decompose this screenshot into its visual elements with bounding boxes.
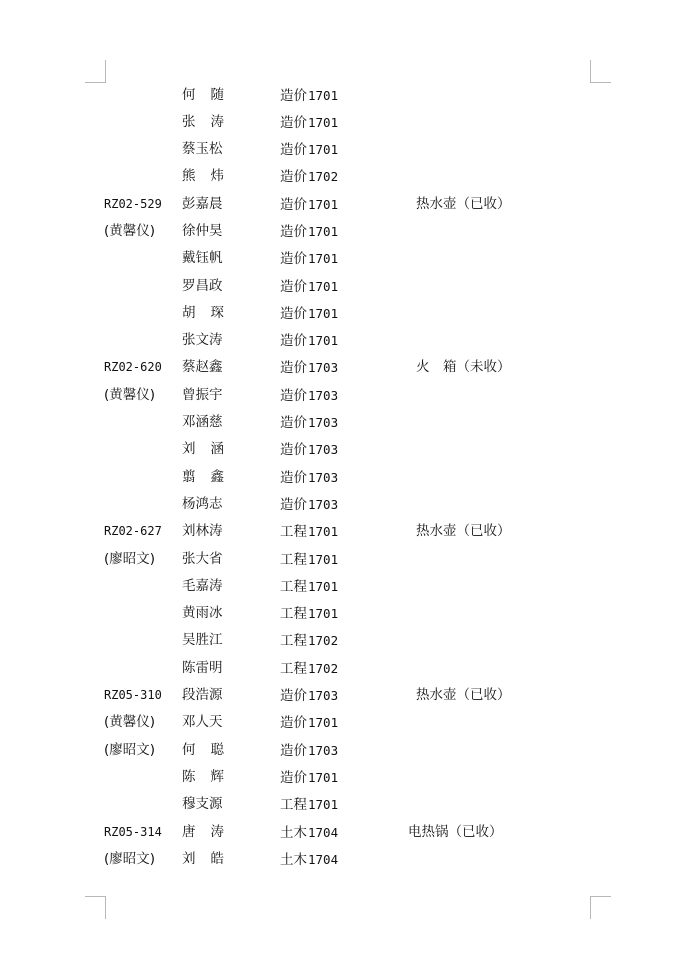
student-name-char: 张 [182,109,196,136]
class-label: 造价1701 [280,191,338,219]
list-row: (黄馨仪)徐仲昊造价1701 [0,218,696,245]
major-label: 造价 [280,470,307,486]
room-number: RZ02-529 [104,191,162,218]
major-label: 工程 [280,661,307,677]
student-name-char: 皓 [211,846,225,873]
supervisor-name: (廖昭文) [104,546,155,573]
major-label: 工程 [280,579,307,595]
major-label: 造价 [280,360,307,376]
major-label: 造价 [280,388,307,404]
student-name-char: 琛 [211,300,225,327]
margin-corner-top-right [590,60,611,83]
supervisor-name: (黄馨仪) [104,218,155,245]
major-label: 造价 [280,442,307,458]
class-label: 工程1701 [280,600,338,628]
class-label: 造价1703 [280,354,338,382]
list-row: 张涛造价1701 [0,109,696,136]
student-name: 张文涛 [182,327,224,354]
student-name: 段浩源 [182,682,224,709]
list-row: 穆支源工程1701 [0,791,696,818]
student-name-char: 鑫 [211,464,225,491]
class-label: 造价1703 [280,491,338,519]
major-label: 工程 [280,633,307,649]
student-name: 邓涵慈 [182,409,224,436]
major-label: 工程 [280,524,307,540]
list-row: 杨鸿志造价1703 [0,491,696,518]
class-label: 造价1701 [280,245,338,273]
appliance-status: 电热锅（已收） [408,819,503,846]
class-number: 1703 [308,688,338,703]
student-name-char: 胡 [182,300,196,327]
class-number: 1701 [308,142,338,157]
major-label: 造价 [280,497,307,513]
supervisor-name: (廖昭文) [104,846,155,873]
class-number: 1701 [308,715,338,730]
major-label: 造价 [280,415,307,431]
student-name: 翦鑫 [182,464,224,491]
major-label: 造价 [280,279,307,295]
class-label: 工程1701 [280,546,338,574]
list-row: RZ05-314唐涛土木1704电热锅（已收） [0,819,696,846]
list-row: 何随造价1701 [0,82,696,109]
major-label: 造价 [280,169,307,185]
student-name: 陈辉 [182,764,224,791]
class-label: 造价1703 [280,409,338,437]
class-label: 造价1702 [280,163,338,191]
class-number: 1703 [308,388,338,403]
class-label: 造价1701 [280,109,338,137]
class-number: 1701 [308,333,338,348]
supervisor-name: (廖昭文) [104,737,155,764]
class-label: 造价1703 [280,382,338,410]
student-name: 吴胜江 [182,627,224,654]
class-label: 工程1701 [280,573,338,601]
list-row: 翦鑫造价1703 [0,464,696,491]
major-label: 工程 [280,606,307,622]
student-name-char: 聪 [211,737,225,764]
class-label: 造价1701 [280,709,338,737]
supervisor-name: (黄馨仪) [104,382,155,409]
class-label: 土木1704 [280,846,338,874]
class-number: 1701 [308,279,338,294]
class-number: 1703 [308,743,338,758]
major-label: 造价 [280,688,307,704]
list-row: 张文涛造价1701 [0,327,696,354]
major-label: 造价 [280,333,307,349]
student-name-char: 何 [182,737,196,764]
class-number: 1701 [308,606,338,621]
list-row: (廖昭文)张大省工程1701 [0,546,696,573]
student-name-char: 辉 [211,764,225,791]
class-label: 造价1701 [280,300,338,328]
class-label: 工程1701 [280,791,338,819]
list-row: 蔡玉松造价1701 [0,136,696,163]
major-label: 土木 [280,825,307,841]
student-name-char: 唐 [182,819,196,846]
dormitory-list: 何随造价1701张涛造价1701蔡玉松造价1701熊炜造价1702RZ02-52… [0,82,696,874]
student-name: 曾振宇 [182,382,224,409]
class-number: 1702 [308,169,338,184]
student-name: 张涛 [182,109,224,136]
margin-corner-bottom-left [85,896,106,919]
list-row: RZ02-627刘林涛工程1701热水壶（已收） [0,518,696,545]
student-name: 罗昌政 [182,273,224,300]
class-number: 1701 [308,579,338,594]
student-name: 何聪 [182,737,224,764]
major-label: 工程 [280,797,307,813]
list-row: 黄雨冰工程1701 [0,600,696,627]
room-number: RZ05-314 [104,819,162,846]
class-number: 1701 [308,251,338,266]
list-row: 邓涵慈造价1703 [0,409,696,436]
student-name-char: 随 [211,82,225,109]
class-label: 造价1703 [280,464,338,492]
list-row: 吴胜江工程1702 [0,627,696,654]
major-label: 造价 [280,306,307,322]
class-number: 1702 [308,633,338,648]
student-name: 蔡赵鑫 [182,354,224,381]
margin-corner-bottom-right [590,896,611,919]
student-name: 穆支源 [182,791,224,818]
major-label: 造价 [280,743,307,759]
student-name: 何随 [182,82,224,109]
class-number: 1704 [308,852,338,867]
class-number: 1702 [308,661,338,676]
class-label: 造价1703 [280,436,338,464]
class-label: 造价1703 [280,737,338,765]
class-number: 1704 [308,825,338,840]
class-label: 造价1701 [280,327,338,355]
student-name: 刘林涛 [182,518,224,545]
document-page: 何随造价1701张涛造价1701蔡玉松造价1701熊炜造价1702RZ02-52… [0,0,696,980]
class-label: 土木1704 [280,819,338,847]
student-name-char: 刘 [182,436,196,463]
student-name: 唐涛 [182,819,224,846]
list-row: 毛嘉涛工程1701 [0,573,696,600]
major-label: 造价 [280,715,307,731]
student-name: 邓人天 [182,709,224,736]
student-name-char: 炜 [211,163,225,190]
list-row: 戴钰帆造价1701 [0,245,696,272]
appliance-status: 热水壶（已收） [416,518,511,545]
class-label: 造价1701 [280,218,338,246]
student-name-char: 涵 [211,436,225,463]
major-label: 土木 [280,852,307,868]
class-label: 工程1702 [280,627,338,655]
class-number: 1701 [308,306,338,321]
student-name: 刘涵 [182,436,224,463]
student-name: 戴钰帆 [182,245,224,272]
class-number: 1703 [308,497,338,512]
major-label: 造价 [280,115,307,131]
student-name: 徐仲昊 [182,218,224,245]
room-number: RZ02-627 [104,518,162,545]
list-row: (廖昭文)何聪造价1703 [0,737,696,764]
major-label: 造价 [280,88,307,104]
student-name: 毛嘉涛 [182,573,224,600]
list-row: (黄馨仪)邓人天造价1701 [0,709,696,736]
student-name-char: 熊 [182,163,196,190]
list-row: RZ02-529彭嘉晨造价1701热水壶（已收） [0,191,696,218]
list-row: 陈辉造价1701 [0,764,696,791]
class-number: 1703 [308,360,338,375]
student-name-char: 涛 [211,819,225,846]
class-number: 1701 [308,797,338,812]
major-label: 工程 [280,552,307,568]
major-label: 造价 [280,770,307,786]
list-row: 罗昌政造价1701 [0,273,696,300]
class-number: 1701 [308,770,338,785]
student-name-char: 刘 [182,846,196,873]
major-label: 造价 [280,142,307,158]
class-label: 造价1701 [280,136,338,164]
class-label: 造价1701 [280,82,338,110]
class-label: 造价1701 [280,764,338,792]
class-number: 1701 [308,552,338,567]
list-row: RZ05-310段浩源造价1703热水壶（已收） [0,682,696,709]
class-number: 1703 [308,470,338,485]
list-row: 胡琛造价1701 [0,300,696,327]
appliance-status: 火 箱（未收） [416,354,511,381]
class-number: 1701 [308,524,338,539]
class-number: 1701 [308,88,338,103]
student-name-char: 何 [182,82,196,109]
class-label: 造价1701 [280,273,338,301]
supervisor-name: (黄馨仪) [104,709,155,736]
major-label: 造价 [280,197,307,213]
appliance-status: 热水壶（已收） [416,682,511,709]
class-number: 1703 [308,442,338,457]
major-label: 造价 [280,224,307,240]
class-number: 1701 [308,115,338,130]
margin-corner-top-left [85,60,106,83]
student-name-char: 涛 [211,109,225,136]
major-label: 造价 [280,251,307,267]
class-number: 1701 [308,197,338,212]
student-name: 熊炜 [182,163,224,190]
list-row: RZ02-620蔡赵鑫造价1703火 箱（未收） [0,354,696,381]
class-label: 工程1702 [280,655,338,683]
student-name: 张大省 [182,546,224,573]
list-row: 陈雷明工程1702 [0,655,696,682]
class-number: 1703 [308,415,338,430]
student-name: 蔡玉松 [182,136,224,163]
class-label: 造价1703 [280,682,338,710]
student-name: 刘皓 [182,846,224,873]
student-name: 杨鸿志 [182,491,224,518]
student-name: 彭嘉晨 [182,191,224,218]
list-row: 刘涵造价1703 [0,436,696,463]
list-row: 熊炜造价1702 [0,163,696,190]
class-label: 工程1701 [280,518,338,546]
class-number: 1701 [308,224,338,239]
student-name: 胡琛 [182,300,224,327]
room-number: RZ02-620 [104,354,162,381]
list-row: (廖昭文)刘皓土木1704 [0,846,696,873]
list-row: (黄馨仪)曾振宇造价1703 [0,382,696,409]
room-number: RZ05-310 [104,682,162,709]
student-name-char: 翦 [182,464,196,491]
appliance-status: 热水壶（已收） [416,191,511,218]
student-name: 黄雨冰 [182,600,224,627]
student-name-char: 陈 [182,764,196,791]
student-name: 陈雷明 [182,655,224,682]
